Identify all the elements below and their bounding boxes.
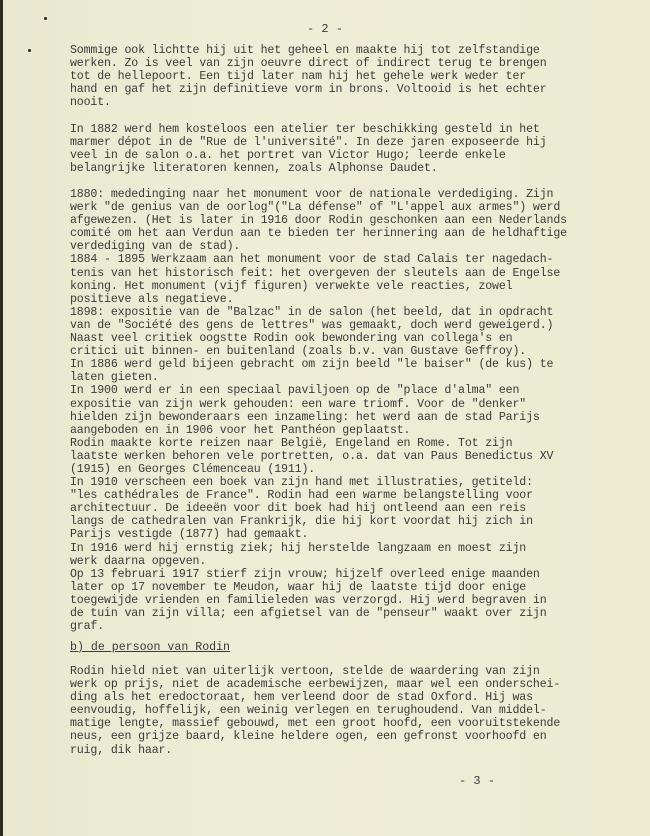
typewritten-page: - 2 - Sommige ook lichtte hij uit het ge… [0, 0, 650, 836]
page-number-bottom: - 3 - [459, 774, 495, 788]
scan-edge [0, 0, 3, 836]
punch-mark [44, 17, 47, 20]
paragraph-hellepoort: Sommige ook lichtte hij uit het geheel e… [70, 44, 590, 109]
punch-mark [28, 49, 31, 52]
section-heading: b) de persoon van Rodin [70, 641, 230, 654]
paragraph-atelier-1882: In 1882 werd hem kosteloos een atelier t… [70, 123, 590, 175]
page-number-top: - 2 - [0, 22, 650, 36]
paragraph-persoon: Rodin hield niet van uiterlijk vertoon, … [70, 665, 590, 757]
paragraph-chronology: 1880: mededinging naar het monument voor… [70, 188, 590, 633]
